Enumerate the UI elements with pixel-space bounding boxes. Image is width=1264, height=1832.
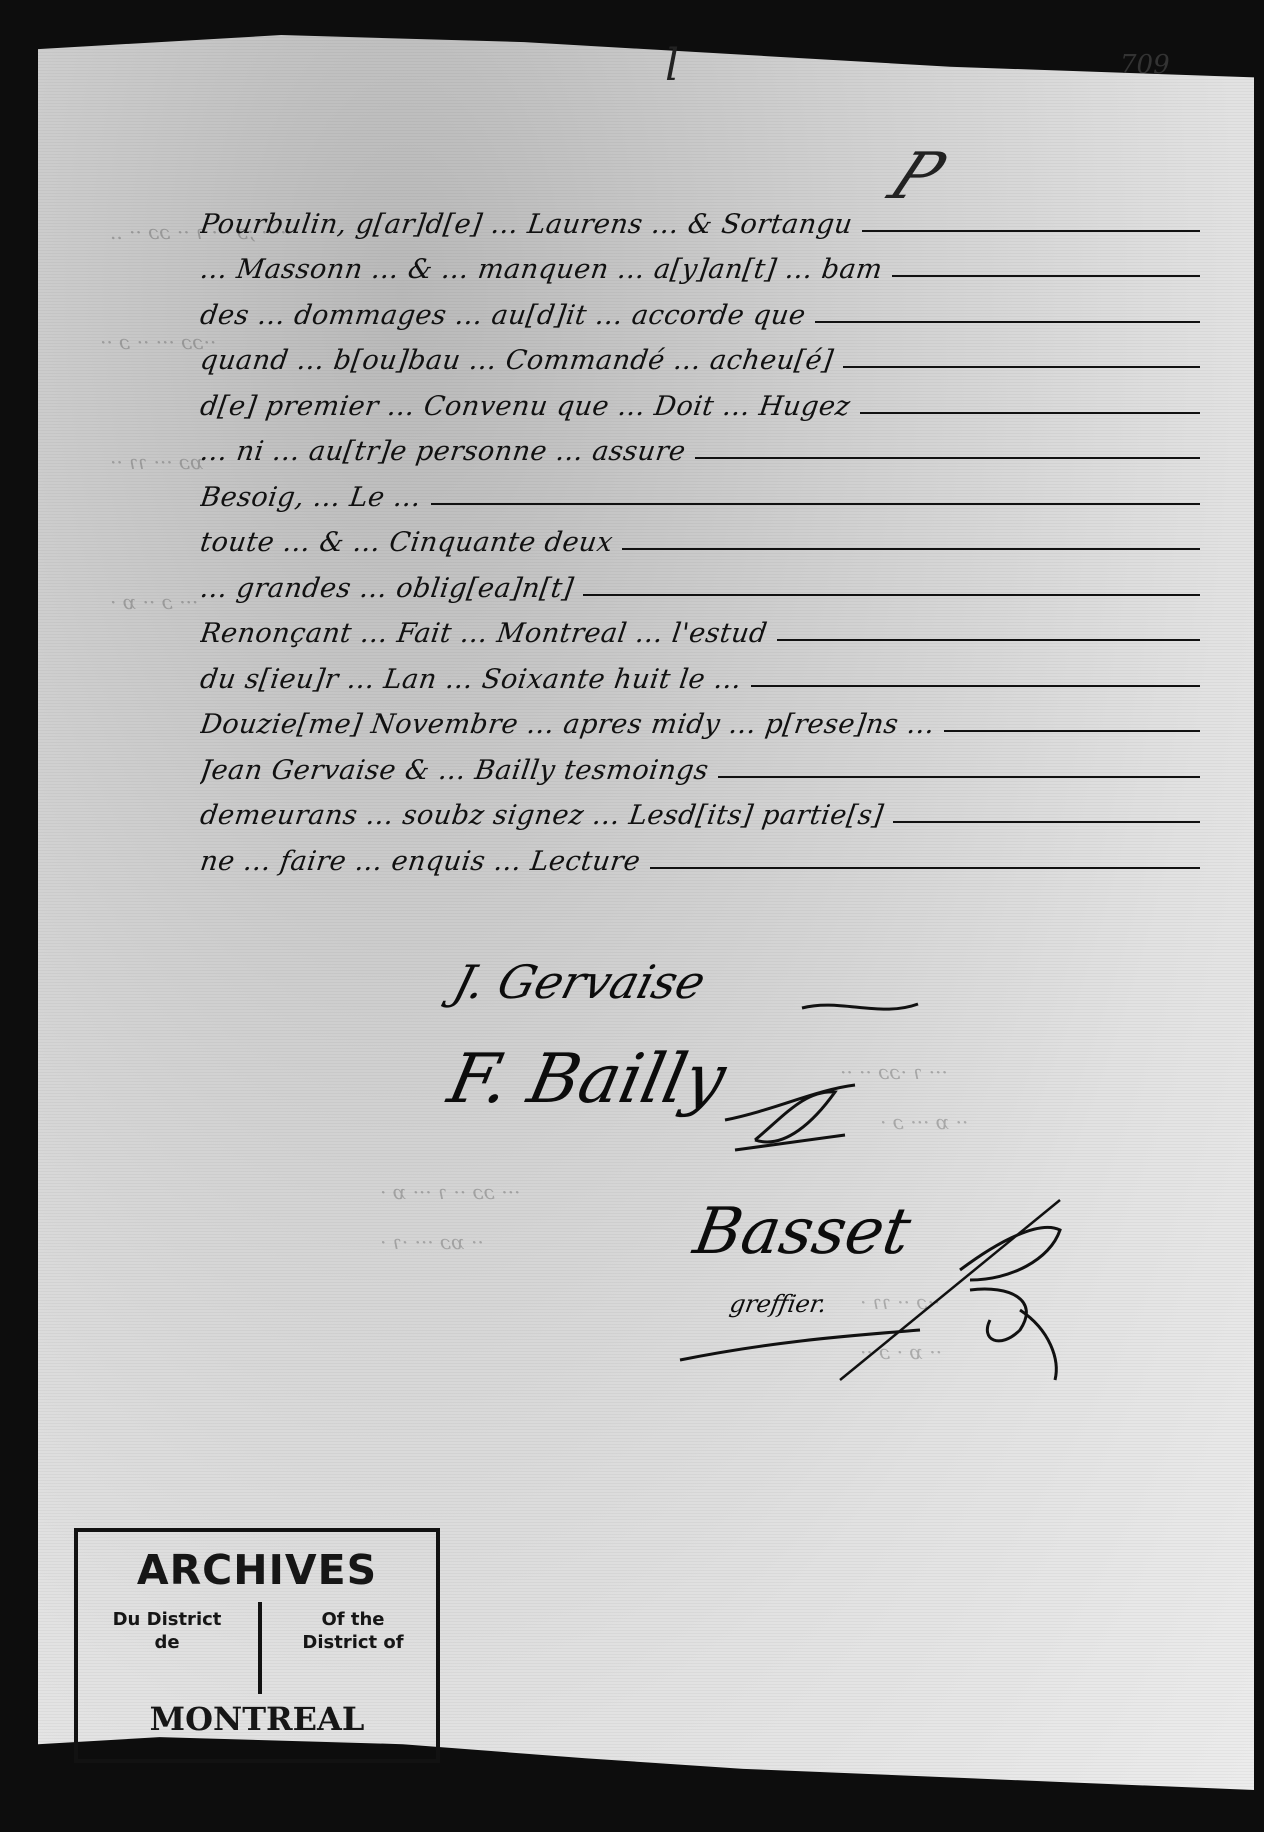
manuscript-line: ... Massonn ... & ... manquen ... a[y]an… — [200, 246, 1200, 292]
bleed-through-text: ··· ɔɔ ·· ɿ ··· ɒ · — [380, 1180, 520, 1204]
signature-bailly: F. Bailly — [442, 1040, 733, 1119]
manuscript-line: ne ... faire ... enquis ... Lecture — [200, 837, 1200, 883]
stamp-title: ARCHIVES — [78, 1546, 436, 1594]
manuscript-line: du s[ieu]r ... Lan ... Soixante huit le … — [200, 655, 1200, 701]
manuscript-line: ... grandes ... oblig[ea]n[t] — [200, 564, 1200, 610]
manuscript-line: Besoig, ... Le ... — [200, 473, 1200, 519]
manuscript-line: d[e] premier ... Convenu que ... Doit ..… — [200, 382, 1200, 428]
stamp-divider — [258, 1602, 262, 1694]
signature-gervaise: J. Gervaise — [448, 955, 712, 1009]
manuscript-line: demeurans ... soubz signez ... Lesd[its]… — [200, 792, 1200, 838]
stamp-french-line: de — [82, 1631, 252, 1654]
bleed-through-text: ɒɔ ··· ɿɿ ·· — [110, 450, 204, 474]
manuscript-line: quand ... b[ou]bau ... Commandé ... ache… — [200, 337, 1200, 383]
stamp-french-label: Du District de — [82, 1608, 252, 1654]
paraph-icon — [660, 1180, 1080, 1410]
bleed-through-text: ·· ɒ ··· ɔ · — [880, 1110, 968, 1134]
bleed-through-text: ··· ɔ ·· ɒ · — [110, 590, 198, 614]
manuscript-line: ... ni ... au[tr]e personne ... assure — [200, 428, 1200, 474]
stamp-city: MONTREAL — [78, 1700, 436, 1738]
bleed-through-text: ··ɔɔ ··· ·· ɔ ·· — [100, 330, 216, 354]
paraph-icon — [715, 1080, 865, 1170]
stamp-english-line: Of the — [268, 1608, 438, 1631]
manuscript-line: Jean Gervaise & ... Bailly tesmoings — [200, 746, 1200, 792]
folio-mark-top-center: l — [665, 40, 679, 91]
manuscript-line: des ... dommages ... au[d]it ... accorde… — [200, 291, 1200, 337]
stamp-english-line: District of — [268, 1631, 438, 1654]
archives-stamp: ARCHIVES Du District de Of the District … — [74, 1528, 440, 1763]
manuscript-line: Douzie[me] Novembre ... apres midy ... p… — [200, 701, 1200, 747]
signature-flourish-icon — [800, 990, 920, 1020]
manuscript-line: Renonçant ... Fait ... Montreal ... l'es… — [200, 610, 1200, 656]
bleed-through-text: ·· ɒɔ ··· ·ɿ · — [380, 1230, 484, 1254]
manuscript-body: Pourbulin, g[ar]d[e] ... Laurens ... & S… — [200, 200, 1200, 883]
stamp-english-label: Of the District of — [268, 1608, 438, 1654]
stamp-french-line: Du District — [82, 1608, 252, 1631]
manuscript-line: toute ... & ... Cinquante deux — [200, 519, 1200, 565]
manuscript-line: Pourbulin, g[ar]d[e] ... Laurens ... & S… — [200, 200, 1200, 246]
folio-number: 709 — [1120, 50, 1170, 80]
